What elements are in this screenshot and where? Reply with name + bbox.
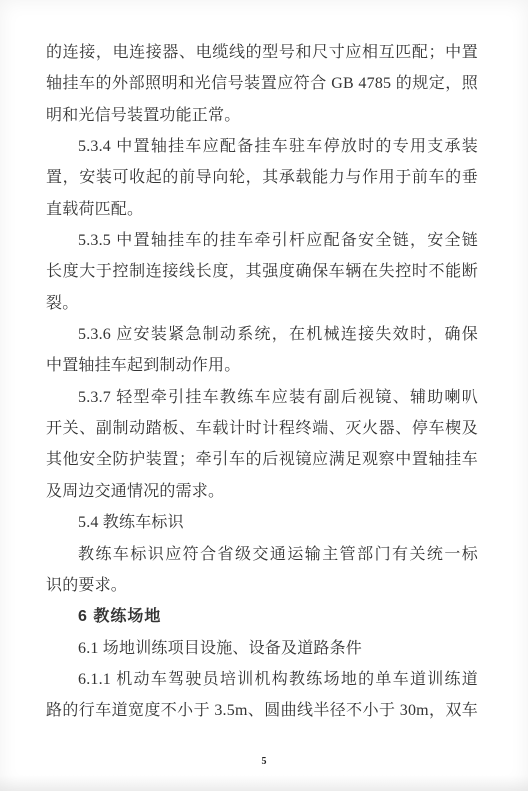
heading-6: 6 教练场地 [46,601,478,632]
clause-5-3-6: 5.3.6 应安装紧急制动系统，在机械连接失效时，确保中置轴挂车起到制动作用。 [46,319,478,382]
text-line: 识的要求。 [46,570,478,601]
text-line: 及周边交通情况的需求。 [46,476,478,507]
clause-5-3-4: 5.3.4 中置轴挂车应配备挂车驻车停放时的专用支承装置，安装可收起的前导向轮，… [46,131,478,225]
text-line: 中置轴挂车起到制动作用。 [46,350,478,381]
clause-5-3-5: 5.3.5 中置轴挂车的挂车牵引杆应配备安全链，安全链长度大于控制连接线长度，其… [46,225,478,319]
heading-5-4: 5.4 教练车标识 [46,507,478,538]
clause-5-3-7: 5.3.7 轻型牵引挂车教练车应装有副后视镜、辅助喇叭开关、副制动踏板、车载计时… [46,382,478,507]
text-line: 5.3.5 中置轴挂车的挂车牵引杆应配备安全链，安全链 [46,225,478,256]
text-line: 直载荷匹配。 [46,194,478,225]
text-line: 5.3.4 中置轴挂车应配备挂车驻车停放时的专用支承装 [46,131,478,162]
text-line: 5.3.7 轻型牵引挂车教练车应装有副后视镜、辅助喇叭 [46,382,478,413]
text-line: 裂。 [46,288,478,319]
text-line: 开关、副制动踏板、车载计时计程终端、灭火器、停车楔及 [46,413,478,444]
scanned-document-page: 的连接，电连接器、电缆线的型号和尺寸应相互匹配；中置轴挂车的外部照明和光信号装置… [0,0,528,791]
paragraph-5-4-body: 教练车标识应符合省级交通运输主管部门有关统一标识的要求。 [46,539,478,602]
document-text-body: 的连接，电连接器、电缆线的型号和尺寸应相互匹配；中置轴挂车的外部照明和光信号装置… [46,37,478,727]
heading-6-1: 6.1 场地训练项目设施、设备及道路条件 [46,633,478,664]
text-line: 6.1.1 机动车驾驶员培训机构教练场地的单车道训练道 [46,664,478,695]
page-number: 5 [0,756,528,767]
text-line: 明和光信号装置功能正常。 [46,100,478,131]
text-line: 6 教练场地 [46,601,478,632]
text-line: 教练车标识应符合省级交通运输主管部门有关统一标 [46,539,478,570]
text-line: 6.1 场地训练项目设施、设备及道路条件 [46,633,478,664]
text-line: 5.4 教练车标识 [46,507,478,538]
text-line: 其他安全防护装置；牵引车的后视镜应满足观察中置轴挂车 [46,444,478,475]
text-line: 5.3.6 应安装紧急制动系统，在机械连接失效时，确保 [46,319,478,350]
paragraph-continuation: 的连接，电连接器、电缆线的型号和尺寸应相互匹配；中置轴挂车的外部照明和光信号装置… [46,37,478,131]
text-line: 长度大于控制连接线长度，其强度确保车辆在失控时不能断 [46,256,478,287]
text-line: 路的行车道宽度不小于 3.5m、圆曲线半径不小于 30m，双车 [46,695,478,726]
text-line: 置，安装可收起的前导向轮，其承载能力与作用于前车的垂 [46,162,478,193]
text-line: 的连接，电连接器、电缆线的型号和尺寸应相互匹配；中置 [46,37,478,68]
text-line: 轴挂车的外部照明和光信号装置应符合 GB 4785 的规定，照 [46,68,478,99]
clause-6-1-1: 6.1.1 机动车驾驶员培训机构教练场地的单车道训练道路的行车道宽度不小于 3.… [46,664,478,727]
